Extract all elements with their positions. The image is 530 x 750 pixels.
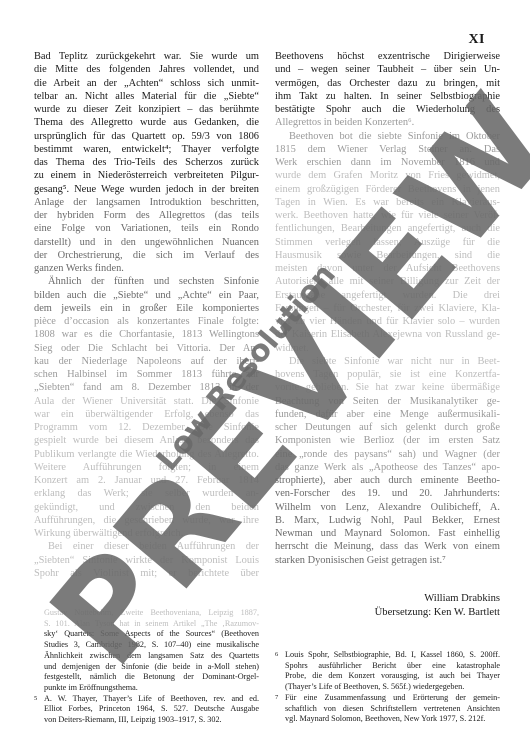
text-line: scher Deutungen auf sich gelenkt durch g… (275, 421, 500, 434)
footnotes-left: Gustav Nottebohm, Zweite Beethoveniana, … (34, 608, 259, 726)
text-line: Allegrettos in beiden Konzerten⁶. (275, 116, 500, 129)
text-line: wurde zu dieser Zeit konzipiert – das be… (34, 103, 259, 116)
text-line: die Mitte des folgenden Jahres vollendet… (34, 63, 259, 76)
text-line: Beethoven bot die siebte Sinfonie im Okt… (275, 130, 500, 143)
footnote-line: S. 101. Alan Tyson hat in seinem Artikel… (44, 619, 259, 630)
footnote-line: schaftlich von diesen Schriftstellern ve… (285, 704, 500, 715)
text-line: ven-Forscher des 19. und 20. Jahrhundert… (275, 487, 500, 500)
footnotes-right: 6Louis Spohr, Selbstbiographie, Bd. I, K… (275, 650, 500, 725)
footnote: 7Für eine Zusammenfassung und Erörterung… (275, 693, 500, 725)
text-line: Hausmusik sowie Bearbeitungen, sind die (275, 249, 500, 262)
footnote-marker: 6 (275, 650, 278, 661)
footnote: 5A. W. Thayer, Thayer’s Life of Beethove… (34, 694, 259, 726)
text-line: zu einem in Niederösterreich verbreitete… (34, 169, 259, 182)
text-line: widmet. (275, 342, 500, 355)
text-line: Konzert am 2. Januar und 27. Februar 181… (34, 474, 259, 487)
translator-credit: Übersetzung: Ken W. Bartlett (275, 606, 500, 620)
text-line: 1815 dem Wiener Verlag Steiner an. Das (275, 143, 500, 156)
text-line: pièce d’occasion als konzertantes Finale… (34, 315, 259, 328)
text-line: Bad Teplitz zurückgekehrt war. Sie wurde… (34, 50, 259, 63)
text-line: die Arbeit an der „Achten“ schloss sich … (34, 77, 259, 90)
text-line: Erstausgabe angefertigt wurden. Die drei (275, 289, 500, 302)
text-line: starken Dyonisischen Geist getragen ist.… (275, 554, 500, 567)
text-line: vier zu vier Händen und für Klavier solo… (275, 315, 500, 328)
text-line: Werk erschien dann im November 1816 und (275, 156, 500, 169)
text-line: Beachtung von Seiten der Musikanalytiker… (275, 395, 500, 408)
text-line: ganzen Werks finden. (34, 262, 259, 275)
text-line: gesang⁵. Neue Wege wurden jedoch in der … (34, 183, 259, 196)
text-line: das ganze Werk als „Apotheose des Tanzes… (275, 461, 500, 474)
signature-block: William Drabkins Übersetzung: Ken W. Bar… (275, 592, 500, 619)
footnote-line: (Thayer’s Life of Beethoven, S. 565f.) w… (285, 682, 500, 693)
footnote-line: Spohrs ausführlicher Bericht über eine k… (285, 661, 500, 672)
text-line: wurde dem Grafen Moritz von Fries gewidm… (275, 169, 500, 182)
text-line: hovens Tagen populär, sie ist eine Konze… (275, 368, 500, 381)
footnote-line: Für eine Zusammenfassung und Erörterung … (285, 693, 500, 704)
footnote: Gustav Nottebohm, Zweite Beethoveniana, … (34, 608, 259, 694)
text-line: bestätigte Spohr auch die Wiederholung d… (275, 103, 500, 116)
text-line: „Siebten“ Sinfonie wirkte der Komponist … (34, 554, 259, 567)
text-line: Aula der Wiener Universität statt. Die S… (34, 395, 259, 408)
text-line: Autorisiert; alle mit seiner Billigung z… (275, 275, 500, 288)
text-line: Bei einer dieser beiden Aufführungen der (34, 540, 259, 553)
footnote-line: Studies 3, Cambridge 1982, S. 107–40) ei… (44, 640, 259, 651)
text-line: „Siebten“ fand am 8. Dezember 1813 in de… (34, 381, 259, 394)
footnote-line: Probe, die dem Konzert vorausging, ist a… (285, 671, 500, 682)
text-line: bestimmt waren, entwickelt⁴; Thayer verf… (34, 143, 259, 156)
footnote-line: und demjenigen der Sinfonie (die beide i… (44, 662, 259, 673)
text-line: schen Halbinsel im Sommer 1813 führte zu… (34, 368, 259, 381)
text-line: telbar an. Nicht alles Material für die … (34, 90, 259, 103)
text-line: war ein überwältigender Erfolg, ebenso d… (34, 408, 259, 421)
footnote-marker: 5 (34, 694, 37, 705)
text-line: kau der Niederlage Napoleons auf der ibe… (34, 355, 259, 368)
text-line: Publikum verlangte die Wiederholung des … (34, 448, 259, 461)
text-line: Anlage der langsamen Introduktion beschr… (34, 196, 259, 209)
text-line: herrscht die Meinung, dass das Werk von … (275, 540, 500, 553)
text-line: Stimmen verlegen lassen; Auszüge für die (275, 236, 500, 249)
text-line: ursprünglich für das Quartett op. 59/3 v… (34, 130, 259, 143)
text-line: der Orchestrierung, die sich im Verlauf … (34, 249, 259, 262)
footnote-line: Elliot Forbes, Princeton 1964, S. 527. D… (44, 704, 259, 715)
footnote-line: punkte im Eröffnungsthema. (44, 683, 259, 694)
text-line: ihm Takt zu halten. In seiner Selbstbiog… (275, 90, 500, 103)
text-line: Programm vom 12. Dezember. Die Sinfonie (34, 421, 259, 434)
text-line: Wirkung überwältigend erfolgreich. (34, 527, 259, 540)
text-line: eine Folge von Variationen, teils ein Ro… (34, 222, 259, 235)
text-line: funden, dafür aber eine Menge außermusik… (275, 408, 500, 421)
text-line: Die siebte Sinfonie war nicht nur in Bee… (275, 355, 500, 368)
text-line: der Kaiserin Elisabeth Alexejewna von Ru… (275, 328, 500, 341)
text-line: Komponisten wie Berlioz (der im ersten S… (275, 434, 500, 447)
footnote-marker: 7 (275, 693, 278, 704)
text-line: einem großzügigen Förderer Beethovens in… (275, 183, 500, 196)
footnote-line: Ähnlichkeit zwischen dem langsamen Satz … (44, 651, 259, 662)
text-line: gespielt wurde bei diesem Anlass; besond… (34, 434, 259, 447)
text-line: Sieg oder Die Schlacht bei Vittoria. Der… (34, 342, 259, 355)
text-line: 1808 war es die Chorfantasie, 1813 Welli… (34, 328, 259, 341)
text-line: Beethovens höchst exzentrische Dirigierw… (275, 50, 500, 63)
text-line: Spohr als Violinist mit; er berichtete ü… (34, 567, 259, 580)
text-line: Ähnlich der fünften und sechsten Sinfoni… (34, 275, 259, 288)
footnote: 6Louis Spohr, Selbstbiographie, Bd. I, K… (275, 650, 500, 693)
text-line: B. Marx, Ludwig Nohl, Paul Bekker, Ernes… (275, 514, 500, 527)
footnote-line: A. W. Thayer, Thayer’s Life of Beethoven… (44, 694, 259, 705)
text-line: vermögen, das Orchester dazu zu bringen,… (275, 77, 500, 90)
text-line: meisten davon unter der Aufsicht Beethov… (275, 262, 500, 275)
text-line: Fassungen – für Orchester, für zwei Klav… (275, 302, 500, 315)
text-line: darstellt) und in den ungewöhnlichen Nua… (34, 236, 259, 249)
text-line: fentlichungen, Bearbeitungen angefertigt… (275, 222, 500, 235)
text-line: dem jeweils ein in großer Eile komponier… (34, 302, 259, 315)
text-line: Wilhelm von Lenz, Alexandre Oulibicheff,… (275, 501, 500, 514)
text-line: Newman und Maynard Solomon. Fast einhell… (275, 527, 500, 540)
text-line: Thema des Allegretto wurde aus Gedanken,… (34, 116, 259, 129)
text-line: der hybriden Form des Allegrettos (das t… (34, 209, 259, 222)
footnote-line: Gustav Nottebohm, Zweite Beethoveniana, … (44, 608, 259, 619)
text-line: Aufführungen, die geschrieben wurde, war… (34, 514, 259, 527)
footnote-line: Louis Spohr, Selbstbiographie, Bd. I, Ka… (285, 650, 500, 661)
footnote-line: von Deiters-Riemann, III, Leipzig 1903–1… (44, 715, 259, 726)
right-text-column: Beethovens höchst exzentrische Dirigierw… (275, 50, 500, 567)
text-line: Tagen in Wien. Es war bereits ein Klavie… (275, 196, 500, 209)
text-line: das Thema des Trio-Teils des Scherzos zu… (34, 156, 259, 169)
text-line: eine „ronde des paysans“ sah) und Wagner… (275, 448, 500, 461)
author-name: William Drabkins (275, 592, 500, 606)
text-line: vorite geblieben. Sie hat zwar keine übe… (275, 381, 500, 394)
footnote-line: sky‘ Quartets: Some Aspects of the Sourc… (44, 629, 259, 640)
footnote-line: festgestellt, nämlich die Betonung der D… (44, 672, 259, 683)
page-number: XI (468, 32, 485, 48)
text-line: gekündigt, und zwischen den beiden (34, 501, 259, 514)
text-line: Weitere Aufführungen folgten; in einem (34, 461, 259, 474)
footnote-line: vgl. Maynard Solomon, Beethoven, New Yor… (285, 714, 500, 725)
text-line: erklang das Werk; sie selber wurden an- (34, 487, 259, 500)
text-line: bilden auch die „Siebte“ und „Achte“ ein… (34, 289, 259, 302)
text-line: strophierte), aber auch durch eminente B… (275, 474, 500, 487)
text-line: werk. Beethoven hatte, wie für viele sei… (275, 209, 500, 222)
text-line: und – wegen seiner Taubheit – über sein … (275, 63, 500, 76)
left-text-column: Bad Teplitz zurückgekehrt war. Sie wurde… (34, 50, 259, 580)
